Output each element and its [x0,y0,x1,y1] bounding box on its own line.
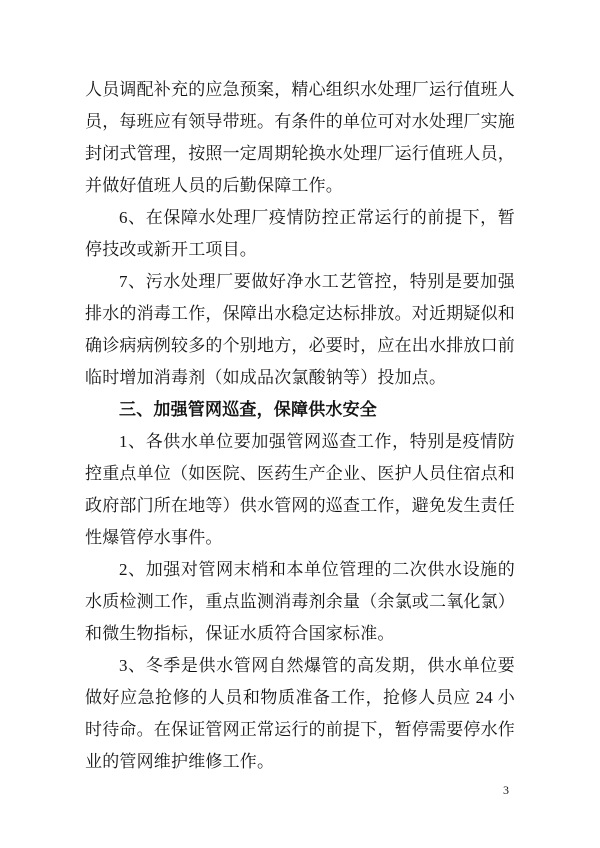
paragraph-continuation: 人员调配补充的应急预案，精心组织水处理厂运行值班人员，每班应有领导带班。有条件的… [85,74,515,202]
paragraph-item-1: 1、各供水单位要加强管网巡查工作，特别是疫情防控重点单位（如医院、医药生产企业、… [85,426,515,554]
section-heading: 三、加强管网巡查，保障供水安全 [85,394,515,426]
paragraph-item-7: 7、污水处理厂要做好净水工艺管控，特别是要加强排水的消毒工作，保障出水稳定达标排… [85,266,515,394]
page-footer: 3 [85,781,515,799]
page-body: 人员调配补充的应急预案，精心组织水处理厂运行值班人员，每班应有领导带班。有条件的… [85,74,515,778]
paragraph-item-6: 6、在保障水处理厂疫情防控正常运行的前提下，暂停技改或新开工项目。 [85,202,515,266]
page-number: 3 [503,783,509,797]
paragraph-item-3: 3、冬季是供水管网自然爆管的高发期，供水单位要做好应急抢修的人员和物质准备工作，… [85,650,515,778]
document-page: 人员调配补充的应急预案，精心组织水处理厂运行值班人员，每班应有领导带班。有条件的… [0,0,600,848]
paragraph-item-2: 2、加强对管网末梢和本单位管理的二次供水设施的水质检测工作，重点监测消毒剂余量（… [85,554,515,650]
